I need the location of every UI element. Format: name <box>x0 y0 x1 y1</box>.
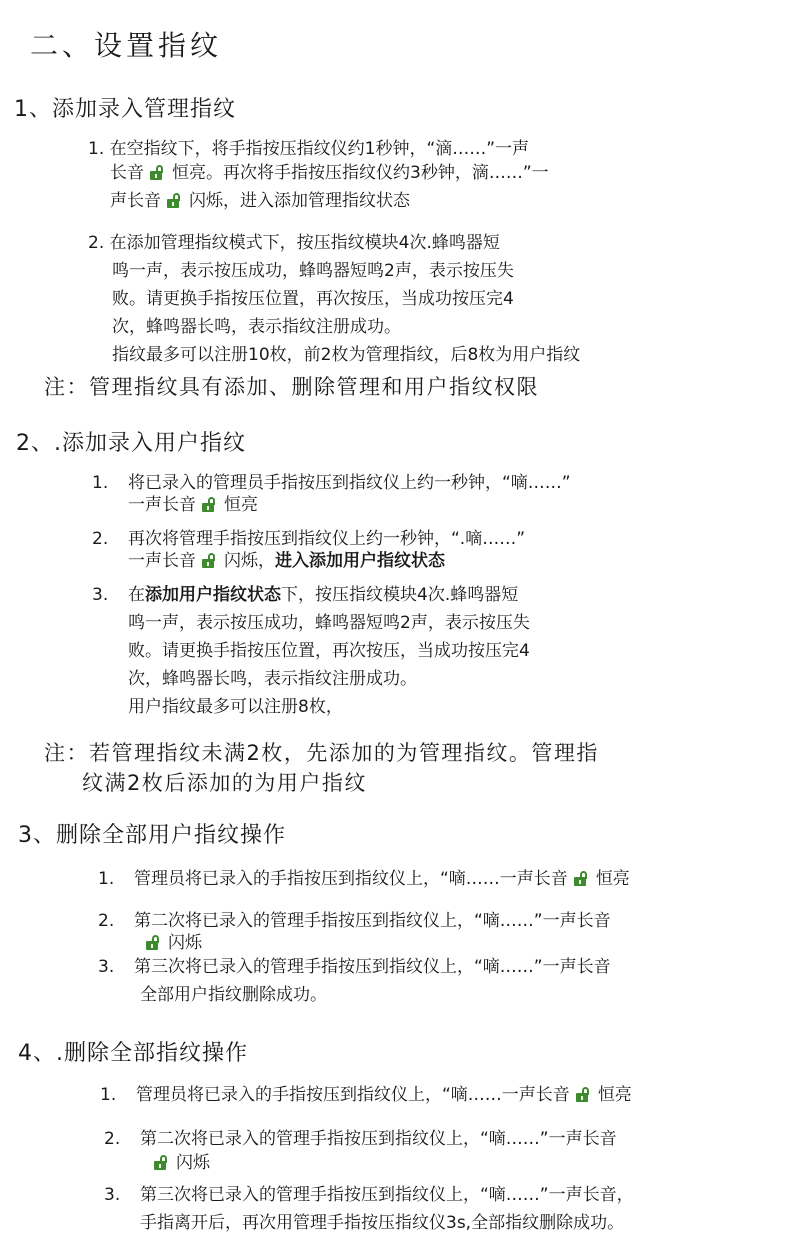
s1-step2-line4: 次，蜂鸣器长鸣，表示指纹注册成功。 <box>112 316 401 338</box>
unlocked-padlock-icon <box>154 1155 170 1170</box>
s4-step3-line1: 第三次将已录入的管理手指按压到指纹仪上，“嘀……”一声长音， <box>140 1184 634 1206</box>
s1-step2-line1: 2. 在添加管理指纹模式下，按压指纹模块4次.蜂鸣器短 <box>88 232 500 254</box>
s2-step3-line1: 在添加用户指纹状态下，按压指纹模块4次.蜂鸣器短 <box>128 584 518 606</box>
s2-step3-line2: 鸣一声，表示按压成功，蜂鸣器短鸣2声，表示按压失 <box>128 612 530 634</box>
page-title: 二、设置指纹 <box>30 24 222 64</box>
unlocked-padlock-icon <box>576 1087 592 1102</box>
unlocked-padlock-icon <box>202 497 218 512</box>
s3-step3-line2: 全部用户指纹删除成功。 <box>140 984 327 1006</box>
s1-note: 注：管理指纹具有添加、删除管理和用户指纹权限 <box>44 372 539 402</box>
s3-step1-num: 1. <box>98 868 114 890</box>
s1-step1-line2: 长音恒亮。再次将手指按压指纹仪约3秒钟，滴……”一 <box>110 162 549 184</box>
s2-step2-line2: 一声长音闪烁，进入添加用户指纹状态 <box>128 550 445 572</box>
s4-step1-line1: 管理员将已录入的手指按压到指纹仪上，“嘀……一声长音恒亮 <box>136 1084 632 1106</box>
s1-step2-line2: 鸣一声，表示按压成功，蜂鸣器短鸣2声，表示按压失 <box>112 260 514 282</box>
unlocked-padlock-icon <box>202 553 218 568</box>
s4-step1-num: 1. <box>100 1084 116 1106</box>
section-1-heading: 1、添加录入管理指纹 <box>14 92 236 123</box>
s3-step3-num: 3. <box>98 956 114 978</box>
unlocked-padlock-icon <box>574 871 590 886</box>
unlocked-padlock-icon <box>146 935 162 950</box>
unlocked-padlock-icon <box>167 193 183 208</box>
s1-step2-line5: 指纹最多可以注册10枚，前2枚为管理指纹，后8枚为用户指纹 <box>112 344 580 366</box>
s2-step3-num: 3. <box>92 584 108 606</box>
s2-step3-line4: 次，蜂鸣器长鸣，表示指纹注册成功。 <box>128 668 417 690</box>
s2-step3-line5: 用户指纹最多可以注册8枚， <box>128 696 343 718</box>
s2-note-line2: 纹满2枚后添加的为用户指纹 <box>82 768 367 798</box>
s3-step2-num: 2. <box>98 910 114 932</box>
s4-step2-line1: 第二次将已录入的管理手指按压到指纹仪上，“嘀……”一声长音 <box>140 1128 617 1150</box>
s2-step1-num: 1. <box>92 472 108 494</box>
s3-step2-line2: 闪烁 <box>140 932 202 954</box>
s2-step3-line3: 败。请更换手指按压位置，再次按压，当成功按压完4 <box>128 640 530 662</box>
s3-step1-line1: 管理员将已录入的手指按压到指纹仪上，“嘀……一声长音恒亮 <box>134 868 630 890</box>
s1-step2-line3: 败。请更换手指按压位置，再次按压，当成功按压完4 <box>112 288 514 310</box>
s2-note-line1: 注：若管理指纹未满2枚，先添加的为管理指纹。管理指 <box>44 738 599 768</box>
unlocked-padlock-icon <box>150 165 166 180</box>
s4-step3-num: 3. <box>104 1184 120 1206</box>
s1-step1-line3: 声长音闪烁，进入添加管理指纹状态 <box>110 190 410 212</box>
s1-step1-line1: 1. 在空指纹下，将手指按压指纹仪约1秒钟，“滴……”一声 <box>88 138 529 160</box>
s4-step2-num: 2. <box>104 1128 120 1150</box>
s2-step1-line2: 一声长音恒亮 <box>128 494 258 516</box>
s2-step1-line1: 将已录入的管理员手指按压到指纹仪上约一秒钟，“嘀……” <box>128 472 571 494</box>
s4-step2-line2: 闪烁 <box>148 1152 210 1174</box>
s4-step3-line2: 手指离开后，再次用管理手指按压指纹仪3s,全部指纹删除成功。 <box>140 1212 624 1234</box>
section-4-heading: 4、.删除全部指纹操作 <box>18 1036 248 1067</box>
section-2-heading: 2、.添加录入用户指纹 <box>16 426 246 457</box>
section-3-heading: 3、删除全部用户指纹操作 <box>18 818 286 849</box>
s2-step2-line1: 再次将管理手指按压到指纹仪上约一秒钟，“.嘀……” <box>128 528 525 550</box>
s3-step3-line1: 第三次将已录入的管理手指按压到指纹仪上，“嘀……”一声长音 <box>134 956 611 978</box>
s2-step2-num: 2. <box>92 528 108 550</box>
s3-step2-line1: 第二次将已录入的管理手指按压到指纹仪上，“嘀……”一声长音 <box>134 910 611 932</box>
